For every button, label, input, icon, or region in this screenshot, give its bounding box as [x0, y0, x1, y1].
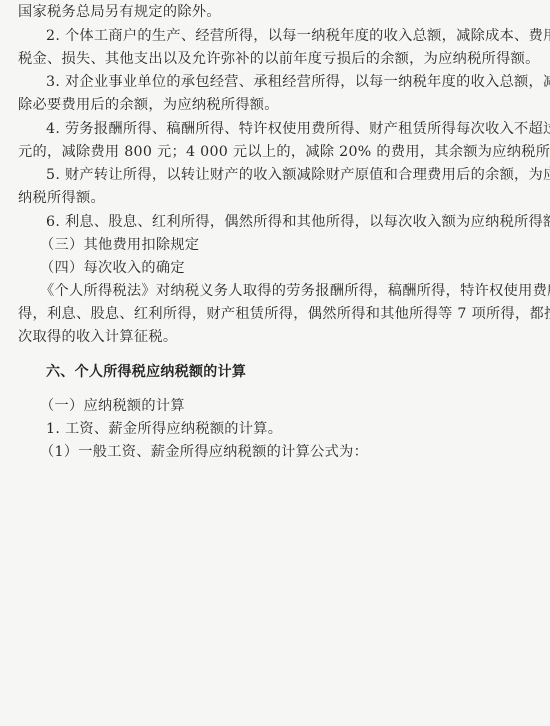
text-line: （1）一般工资、薪金所得应纳税额的计算公式为：: [40, 442, 368, 462]
text-line: 《个人所得税法》对纳税义务人取得的劳务报酬所得，稿酬所得，特许权使用费所: [40, 281, 550, 301]
text-line: 6. 利息、股息、红利所得，偶然所得和其他所得，以每次收入额为应纳税所得额。: [46, 212, 550, 232]
text-line: 税金、损失、其他支出以及允许弥补的以前年度亏损后的余额，为应纳税所得额。: [18, 49, 540, 69]
text-line: 3. 对企业事业单位的承包经营、承租经营所得，以每一纳税年度的收入总额，减: [46, 72, 550, 92]
document-page: 国家税务总局另有规定的除外。 2. 个体工商户的生产、经营所得，以每一纳税年度的…: [0, 0, 550, 726]
text-line: 纳税所得额。: [18, 188, 105, 208]
subsection-heading: （四）每次收入的确定: [40, 258, 185, 278]
section-heading-visible: 六、个人所得税应纳税额的计算: [46, 362, 246, 382]
text-line: 得，利息、股息、红利所得，财产租赁所得，偶然所得和其他所得等 7 项所得，都按每: [18, 304, 550, 324]
subsection-heading: （一）应纳税额的计算: [40, 396, 185, 416]
text-line: 5. 财产转让所得，以转让财产的收入额减除财产原值和合理费用后的余额，为应: [46, 165, 550, 185]
subsection-heading: （三）其他费用扣除规定: [40, 235, 199, 255]
text-line: 4. 劳务报酬所得、稿酬所得、特许权使用费所得、财产租赁所得每次收入不超过 4 …: [46, 119, 550, 139]
text-line: 国家税务总局另有规定的除外。: [18, 2, 221, 22]
text-line: 除必要费用后的余额，为应纳税所得额。: [18, 95, 279, 115]
text-line: 1. 工资、薪金所得应纳税额的计算。: [46, 419, 282, 439]
text-line: 元的，减除费用 800 元；4 000 元以上的，减除 20% 的费用，其余额为…: [18, 142, 550, 162]
text-line: 2. 个体工商户的生产、经营所得，以每一纳税年度的收入总额，减除成本、费用、: [46, 26, 550, 46]
text-line: 次取得的收入计算征税。: [18, 327, 177, 347]
